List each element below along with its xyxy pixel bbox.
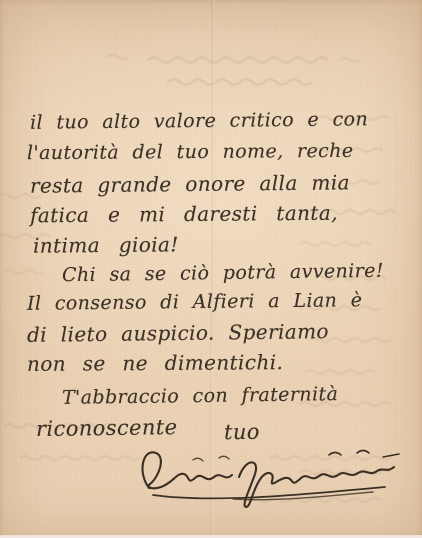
- handwriting-line: il tuo alto valore critico e con: [30, 108, 368, 134]
- handwriting-line: T'abbraccio con fraternità: [62, 383, 339, 409]
- signature-flourish: [133, 440, 422, 512]
- handwriting-line: l'autorità del tuo nome, reche: [27, 140, 354, 164]
- handwriting-line: Il consenso di Alfieri a Lian è: [27, 289, 363, 315]
- closing-word-riconoscente: riconoscente: [36, 415, 178, 441]
- handwriting-line: di lieto auspicio. Speriamo: [27, 319, 329, 347]
- handwriting-line: intima gioia!: [33, 232, 179, 257]
- handwriting-line: Chi sa se ciò potrà avvenire!: [62, 260, 384, 286]
- letter-scan-page: il tuo alto valore critico e con l'autor…: [0, 0, 422, 538]
- handwriting-line: fatica e mi daresti tanta,: [30, 201, 338, 228]
- handwriting-line: resta grande onore alla mia: [30, 170, 350, 197]
- fold-crease-top: [211, 0, 216, 340]
- handwriting-line: non se ne dimentichi.: [27, 350, 283, 376]
